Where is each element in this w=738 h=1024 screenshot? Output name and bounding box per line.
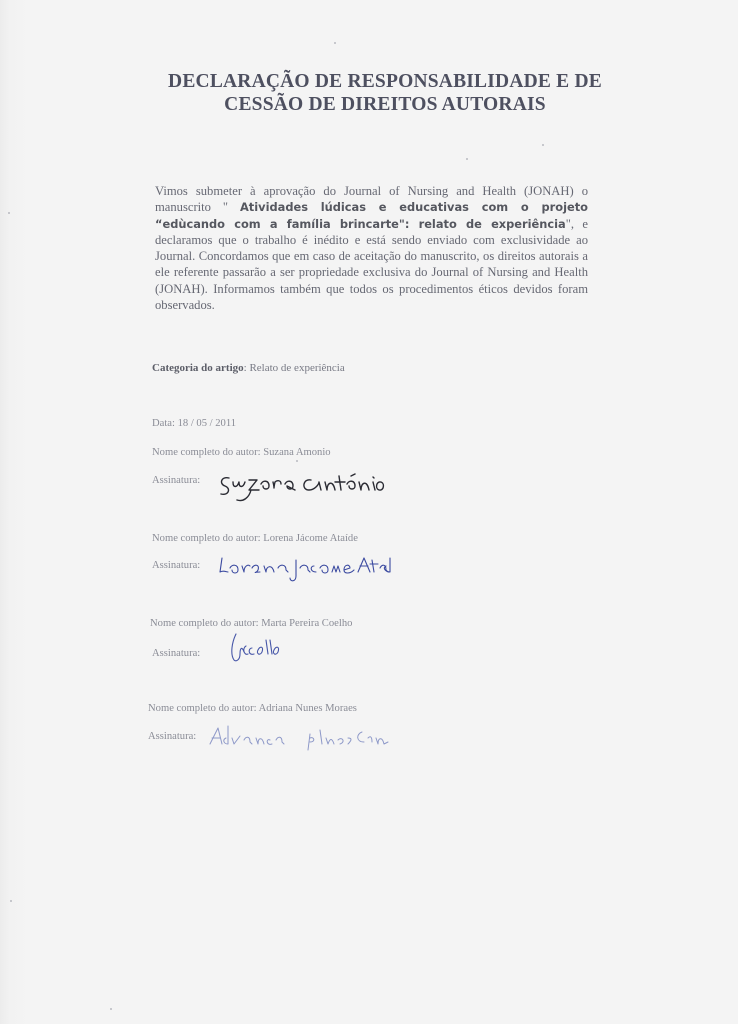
scan-speck [110, 1008, 112, 1010]
author-name-label: Nome completo do autor: [152, 533, 261, 544]
author-name-label: Nome completo do autor: [148, 703, 257, 714]
author-2-signature-label: Assinatura: [152, 560, 200, 571]
author-3-signature-label: Assinatura: [152, 648, 200, 659]
author-4-signature-label: Assinatura: [148, 731, 196, 742]
author-2-signature [216, 550, 391, 586]
author-3-name: Marta Pereira Coelho [261, 618, 352, 629]
scan-speck [334, 42, 336, 44]
scan-speck [466, 158, 468, 160]
scan-speck [542, 144, 544, 146]
author-1-name-row: Nome completo do autor: Suzana Amonio [152, 447, 331, 458]
author-4-name: Adriana Nunes Moraes [259, 703, 357, 714]
declaration-paragraph: Vimos submeter à aprovação do Journal of… [155, 183, 588, 313]
category-label: Categoria do artigo [152, 362, 244, 374]
scan-speck [296, 460, 298, 462]
document-title: DECLARAÇÃO DE RESPONSABILIDADE E DE CESS… [140, 70, 630, 116]
author-name-label: Nome completo do autor: [152, 447, 261, 458]
author-4-signature [206, 720, 391, 754]
scan-speck [8, 212, 10, 214]
category-value: : Relato de experiência [244, 362, 345, 374]
author-1-signature-label: Assinatura: [152, 475, 200, 486]
article-category: Categoria do artigo: Relato de experiênc… [152, 362, 345, 374]
author-1-name: Suzana Amonio [263, 447, 330, 458]
scanned-page: DECLARAÇÃO DE RESPONSABILIDADE E DE CESS… [0, 0, 738, 1024]
author-2-name: Lorena Jácome Ataíde [263, 533, 358, 544]
date-field: Data: 18 / 05 / 2011 [152, 418, 236, 429]
author-name-label: Nome completo do autor: [150, 618, 259, 629]
title-line-1: DECLARAÇÃO DE RESPONSABILIDADE E DE [140, 70, 630, 93]
title-line-2: CESSÃO DE DIREITOS AUTORAIS [140, 93, 630, 116]
author-1-signature [215, 466, 385, 506]
author-2-name-row: Nome completo do autor: Lorena Jácome At… [152, 533, 358, 544]
scan-speck [10, 900, 12, 902]
author-4-name-row: Nome completo do autor: Adriana Nunes Mo… [148, 703, 357, 714]
author-3-signature [226, 630, 306, 670]
author-3-name-row: Nome completo do autor: Marta Pereira Co… [150, 618, 352, 629]
